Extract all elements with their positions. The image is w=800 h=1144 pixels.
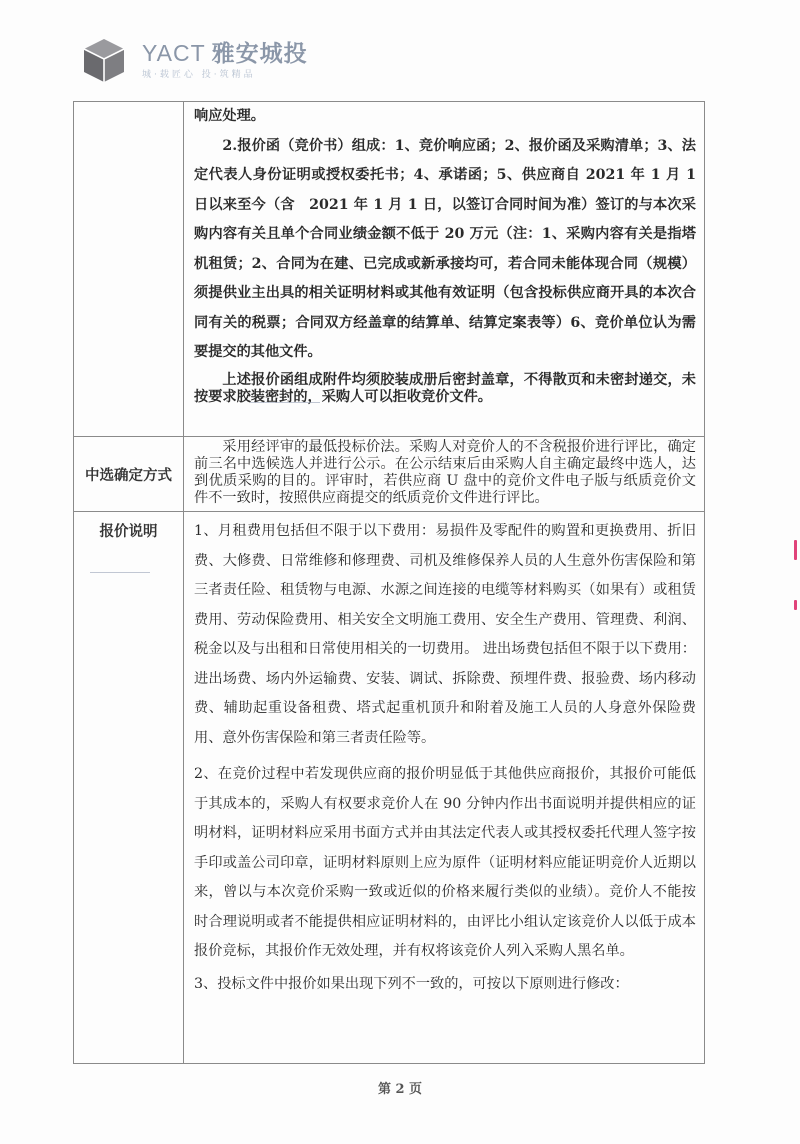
red-margin-mark bbox=[794, 540, 797, 560]
row-content: 1、月租费用包括但不限于以下费用：易损件及零配件的购置和更换费用、折旧费、大修费… bbox=[184, 512, 705, 1064]
row-label: 中选确定方式 bbox=[74, 437, 184, 512]
pencil-mark bbox=[250, 402, 320, 403]
row-content: 采用经评审的最低投标价法。采购人对竞价人的不含税报价进行评比，确定前三名中选候选… bbox=[184, 437, 705, 512]
requirements-table: 响应处理。 2.报价函（竞价书）组成：1、竞价响应函；2、报价函及采购清单；3、… bbox=[73, 101, 705, 1064]
paragraph: 2.报价函（竞价书）组成：1、竞价响应函；2、报价函及采购清单；3、法定代表人身… bbox=[194, 132, 696, 368]
paragraph: 1、月租费用包括但不限于以下费用：易损件及零配件的购置和更换费用、折旧费、大修费… bbox=[194, 517, 696, 753]
brand-latin: YACT bbox=[142, 40, 206, 66]
table-row-selection-method: 中选确定方式 采用经评审的最低投标价法。采购人对竞价人的不含税报价进行评比，确定… bbox=[74, 437, 705, 512]
paragraph: 采用经评审的最低投标价法。采购人对竞价人的不含税报价进行评比，确定前三名中选候选… bbox=[194, 439, 696, 507]
paragraph: 上述报价函组成附件均须胶装成册后密封盖章，不得散页和未密封递交，未按要求胶装密封… bbox=[194, 372, 696, 406]
paragraph: 响应处理。 bbox=[194, 102, 696, 132]
brand-slogan: 城·载匠心 投·筑精品 bbox=[142, 67, 308, 80]
row-label bbox=[74, 102, 184, 437]
row-content: 响应处理。 2.报价函（竞价书）组成：1、竞价响应函；2、报价函及采购清单；3、… bbox=[184, 102, 705, 437]
pencil-mark bbox=[90, 572, 150, 573]
paragraph: 2、在竞价过程中若发现供应商的报价明显低于其他供应商报价，其报价可能低于其成本的… bbox=[194, 760, 696, 967]
page-number: 第 2 页 bbox=[0, 1078, 800, 1097]
row-label: 报价说明 bbox=[74, 512, 184, 1064]
red-margin-mark bbox=[794, 600, 797, 610]
table-row-quote-notes: 报价说明 1、月租费用包括但不限于以下费用：易损件及零配件的购置和更换费用、折旧… bbox=[74, 512, 705, 1064]
paragraph: 3、投标文件中报价如果出现下列不一致的，可按以下原则进行修改： bbox=[194, 970, 696, 1000]
cube-icon bbox=[80, 36, 128, 84]
table-row-quote-composition: 响应处理。 2.报价函（竞价书）组成：1、竞价响应函；2、报价函及采购清单；3、… bbox=[74, 102, 705, 437]
brand-cn: 雅安城投 bbox=[212, 40, 308, 66]
company-logo: YACT雅安城投 城·载匠心 投·筑精品 bbox=[80, 36, 308, 84]
brand-name: YACT雅安城投 bbox=[142, 40, 308, 66]
